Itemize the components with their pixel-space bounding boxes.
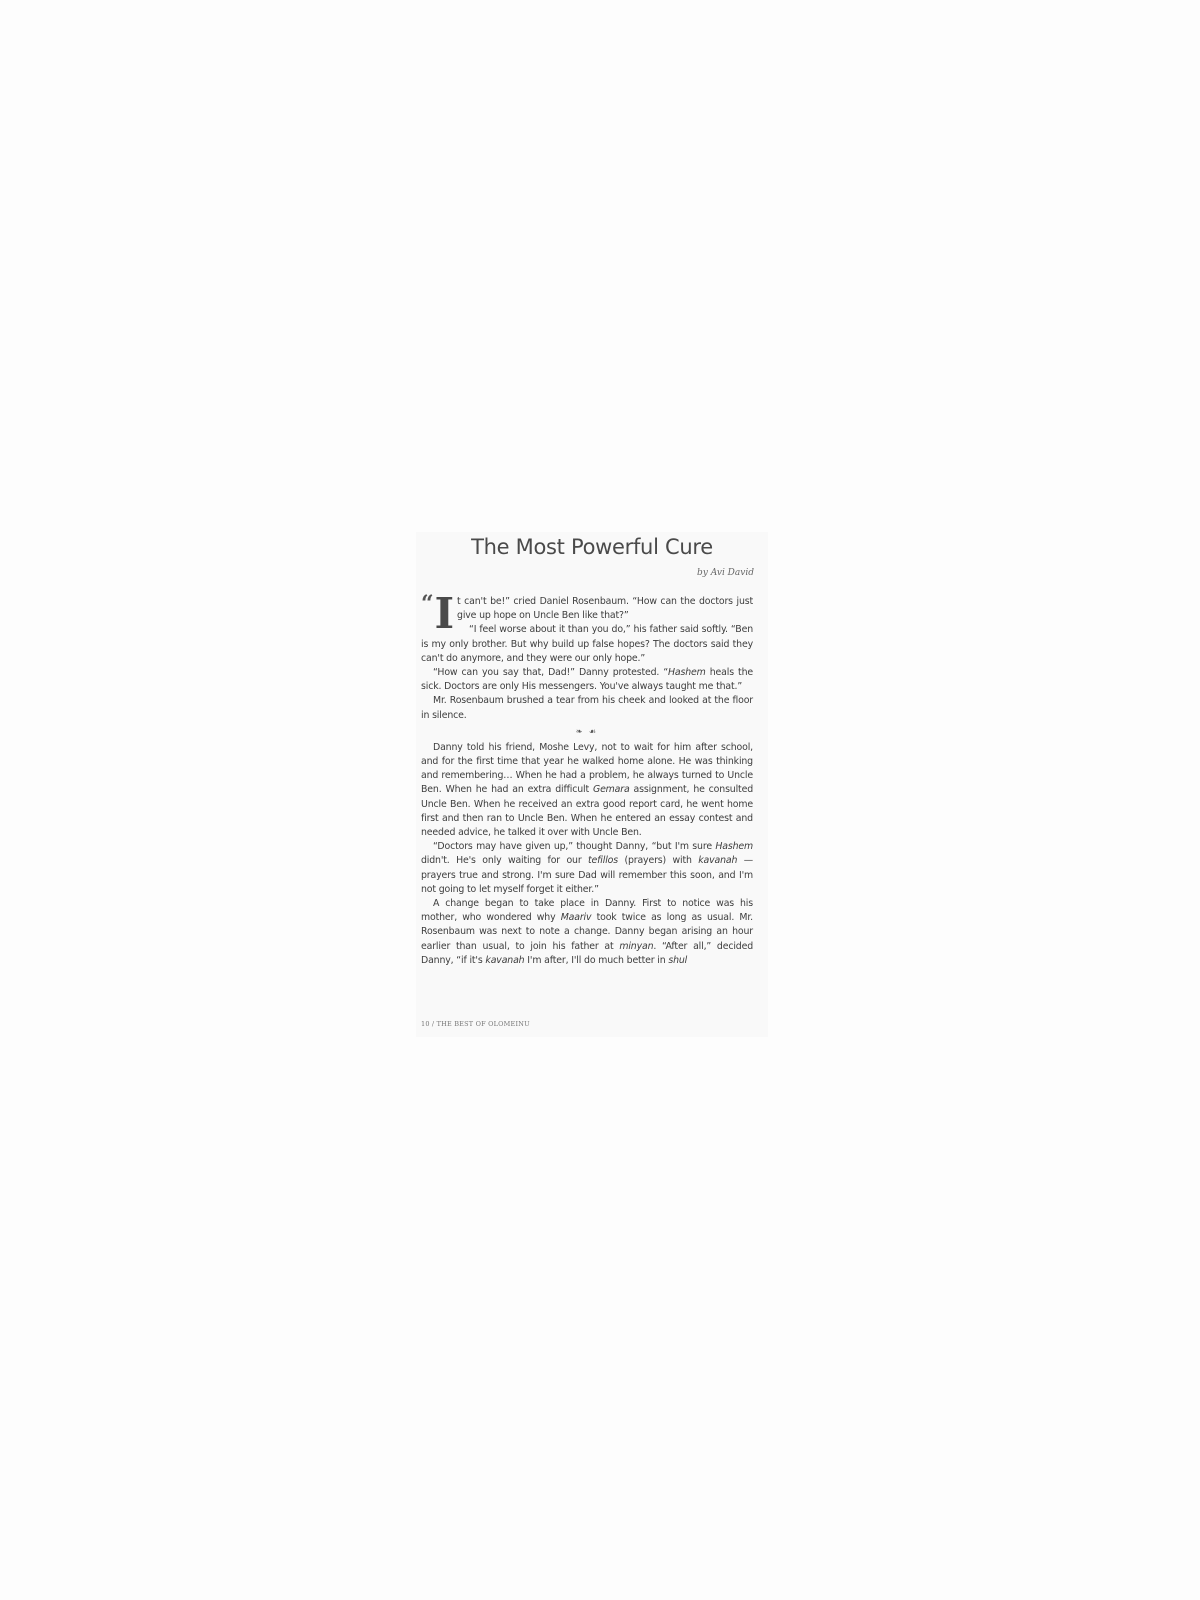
paragraph: A change began to take place in Danny. F… [421,897,753,968]
scanned-page: The Most Powerful Cure by Avi David “It … [416,532,768,1037]
opening-quote-mark: “ [421,593,434,615]
paragraph: Mr. Rosenbaum brushed a tear from his ch… [421,694,753,722]
paragraph: “How can you say that, Dad!” Danny prote… [421,666,753,694]
page-footer: 10 / THE BEST OF OLOMEINU [421,1020,530,1028]
paragraph: “I feel worse about it than you do,” his… [421,623,753,666]
article-body: “It can't be!” cried Daniel Rosenbaum. “… [421,595,753,968]
section-divider-ornament-icon: ❧ ☙ [421,723,753,741]
paragraph-opening: “It can't be!” cried Daniel Rosenbaum. “… [421,595,753,623]
paragraph: “Doctors may have given up,” thought Dan… [421,840,753,897]
drop-cap: I [435,596,455,632]
article-title: The Most Powerful Cure [416,535,768,559]
paragraph: Danny told his friend, Moshe Levy, not t… [421,741,753,840]
byline: by Avi David [697,568,754,578]
